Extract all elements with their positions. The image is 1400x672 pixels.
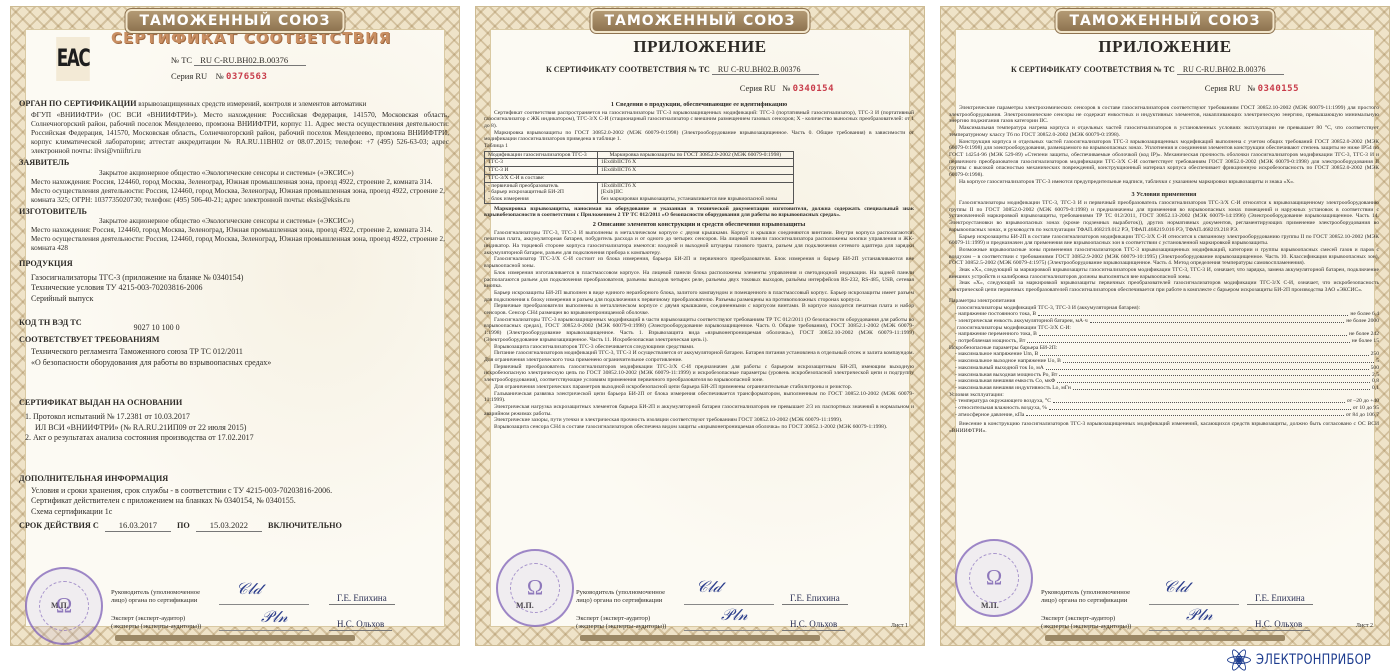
head-signature: 𝒞𝓁𝒹 xyxy=(236,579,261,599)
expert-label-line: (эксперты (эксперты-аудиторы)) xyxy=(576,623,666,631)
parameter-row: - относительная влажность воздуха, %от 1… xyxy=(955,405,1379,412)
paragraph: Максимальная температура нагрева корпуса… xyxy=(949,125,1379,138)
paragraph: Взрывозащита сенсора CH4 в составе газос… xyxy=(484,424,914,431)
parameter-row: - температура окружающего воздуха, °Сот … xyxy=(955,398,1379,405)
paragraph: На корпусе газосигнализаторов ТГС-3 имею… xyxy=(949,179,1379,186)
parameter-row: - максимальная внешняя индуктивность Lo,… xyxy=(955,385,1379,392)
parameter-label: - напряжение постоянного тока, В xyxy=(955,311,1036,318)
atom-icon xyxy=(1226,650,1252,670)
customs-union-banner: ТАМОЖЕННЫЙ СОЮЗ xyxy=(590,9,809,33)
section-title: 1 Сведения о продукции, обеспечивающие е… xyxy=(484,101,914,109)
intro-paragraphs: Электрические параметры электрохимически… xyxy=(949,105,1379,185)
applicant-name: Закрытое акционерное общество «Экологиче… xyxy=(19,169,449,178)
section2-paragraphs: Газосигнализаторы ТГС-3, ТГС-3 И выполне… xyxy=(484,230,914,431)
table-header-row: Модификации газосигнализаторов ТГС-3 Мар… xyxy=(485,151,794,159)
product-line: Технические условия ТУ 4215-003-70203816… xyxy=(31,283,449,293)
parameter-value: от 84 до 106,7 xyxy=(1346,412,1379,419)
conforms-heading: СООТВЕТСТВУЕТ ТРЕБОВАНИЯМ xyxy=(19,335,449,345)
form-footer-strip xyxy=(115,635,355,641)
power-params-battery: - напряжение постоянного тока, Вне более… xyxy=(949,311,1379,324)
signature-area: Ω М.П. Руководитель (уполномоченноелицо)… xyxy=(941,585,1389,641)
head-name: Г.Е. Епихина xyxy=(329,593,395,605)
expert-name: Н.С. Ольхов xyxy=(329,619,392,631)
applicant-heading: ЗАЯВИТЕЛЬ xyxy=(19,158,449,168)
additional-line: Схема сертификации 1с xyxy=(31,507,449,517)
stamp: Ω xyxy=(496,549,574,627)
eac-logo: EAC xyxy=(56,37,90,81)
leader-dots xyxy=(1090,318,1344,323)
stamp-emblem-icon: Ω xyxy=(56,593,72,620)
validity-to-label: ПО xyxy=(177,521,190,531)
stamp: Ω xyxy=(25,567,103,645)
expert-signature: 𝒫𝓁𝓃 xyxy=(721,605,748,625)
serial-number: 0340154 xyxy=(793,84,834,94)
paragraph: Питание газосигнализаторов модификаций Т… xyxy=(484,350,914,363)
expert-label-line: Эксперт (эксперт-аудитор) xyxy=(111,615,201,623)
paragraph: Барьер искрозащиты БИ-2П выполнен в виде… xyxy=(484,290,914,303)
head-label: Руководитель (уполномоченноелицо) органа… xyxy=(111,589,200,604)
parameter-label: - максимальное напряжение Um, В xyxy=(955,351,1038,358)
serial-number: 0376563 xyxy=(226,72,267,82)
expert-name: Н.С. Ольхов xyxy=(1247,619,1310,631)
customs-union-banner: ТАМОЖЕННЫЙ СОЮЗ xyxy=(1055,9,1274,33)
parameter-value: 0,8 xyxy=(1372,378,1379,385)
tc-label: № ТС xyxy=(171,55,192,65)
additional-lines: Условия и сроки хранения, срок службы - … xyxy=(19,486,449,517)
signature-area: Ω М.П. Руководитель (уполномоченноелицо)… xyxy=(476,585,924,641)
certificate-page: ТАМОЖЕННЫЙ СОЮЗ EAC СЕРТИФИКАТ СООТВЕТСТ… xyxy=(10,6,460,646)
parameter-row: - потребляемая мощность, Втне более 15 xyxy=(955,338,1379,345)
annex-page-2: ТАМОЖЕННЫЙ СОЮЗ ПРИЛОЖЕНИЕ К СЕРТИФИКАТУ… xyxy=(940,6,1390,646)
leader-dots xyxy=(1059,372,1370,377)
manufacturer-text: Место нахождения: Россия, 124460, город … xyxy=(19,226,449,253)
product-line: Серийный выпуск xyxy=(31,294,449,304)
validity-suffix: ВКЛЮЧИТЕЛЬНО xyxy=(268,521,342,531)
head-name: Г.Е. Епихина xyxy=(1247,593,1313,605)
head-name: Г.Е. Епихина xyxy=(782,593,848,605)
barrier-params: - максимальное напряжение Um, В250- макс… xyxy=(949,351,1379,391)
paragraph: Газосигнализаторы модификации ТГС-3, ТГС… xyxy=(949,200,1379,234)
parameter-row: - максимальная выходная мощность Po, Вт2… xyxy=(955,372,1379,379)
leader-dots xyxy=(1057,378,1370,383)
table-row: - первичный преобразователь - барьер иск… xyxy=(485,182,794,203)
product-line: Газосигнализаторы ТГС-3 (приложение на б… xyxy=(31,273,449,283)
basis-line: ИЛ ВСИ «ВНИИФТРИ» (№ RA.RU.21ИП09 от 22 … xyxy=(25,423,449,433)
head-label: Руководитель (уполномоченноелицо) органа… xyxy=(1041,589,1130,604)
form-footer-strip xyxy=(580,635,820,641)
section3-paragraphs: Газосигнализаторы модификации ТГС-3, ТГС… xyxy=(949,200,1379,294)
parameter-row: - максимальное выходное напряжение Uo, В… xyxy=(955,358,1379,365)
paragraph: Газосигнализаторы ТГС-3 взрывозащищенных… xyxy=(484,317,914,344)
power-subheading: газосигнализаторы модификаций ТГС-3, ТГС… xyxy=(949,305,1379,312)
table-cell: ТГС-3 xyxy=(485,159,598,167)
sheet-number: Лист 2 xyxy=(1356,623,1373,630)
paragraph: Для ограничения электрических параметров… xyxy=(484,384,914,391)
table-cell: ТГС-3 И xyxy=(485,167,598,175)
table-caption: Таблица 1 xyxy=(484,143,914,150)
conforms-line: «О безопасности оборудования для работы … xyxy=(31,358,449,368)
table-header: Модификации газосигнализаторов ТГС-3 xyxy=(485,151,598,159)
table-row: ТГС-31ExdibIICT6 X xyxy=(485,159,794,167)
tc-number: RU C-RU.BH02.B.00376 xyxy=(1177,65,1284,75)
table-row: ТГС-3/Х С-И в составе: xyxy=(485,174,794,182)
annex-subtitle-label: К СЕРТИФИКАТУ СООТВЕТСТВИЯ № ТС xyxy=(546,65,710,74)
leader-dots xyxy=(1049,405,1351,410)
parameter-label: - относительная влажность воздуха, % xyxy=(955,405,1047,412)
parameter-label: - электрическая емкость аккумуляторной б… xyxy=(955,318,1088,325)
certificate-body: ОРГАН ПО СЕРТИФИКАЦИИ взрывозащищенных с… xyxy=(19,99,449,532)
paragraph: Электрические параметры электрохимически… xyxy=(949,105,1379,125)
expert-label-line: (эксперты (эксперты-аудиторы)) xyxy=(111,623,201,631)
parameter-value: 250 xyxy=(1371,351,1379,358)
basis-heading: СЕРТИФИКАТ ВЫДАН НА ОСНОВАНИИ xyxy=(19,398,449,408)
validity-from: 16.03.2017 xyxy=(105,520,171,532)
number-label: № xyxy=(1247,83,1255,93)
customs-union-banner: ТАМОЖЕННЫЙ СОЮЗ xyxy=(125,9,344,33)
number-label: № xyxy=(782,83,790,93)
validity-from-label: СРОК ДЕЙСТВИЯ С xyxy=(19,521,99,531)
annex-body: 1 Сведения о продукции, обеспечивающие е… xyxy=(484,99,914,431)
expert-name: Н.С. Ольхов xyxy=(782,619,845,631)
head-label-line: лицо) органа по сертификации xyxy=(111,597,200,605)
paragraph: Газосигнализаторы ТГС-3, ТГС-3 И выполне… xyxy=(484,230,914,257)
additional-line: Условия и сроки хранения, срок службы - … xyxy=(31,486,449,496)
parameter-row: - электрическая емкость аккумуляторной б… xyxy=(955,318,1379,325)
leader-dots xyxy=(1053,398,1345,403)
paragraph: Газосигнализатор ТГС-3/Х С-И состоит из … xyxy=(484,256,914,269)
leader-dots xyxy=(1027,338,1349,343)
applicant-text: Место нахождения: Россия, 124460, город … xyxy=(19,178,449,205)
paragraph: Маркировка взрывозащиты по ГОСТ 30852.0-… xyxy=(484,130,914,143)
parameter-label: - максимальная выходная мощность Po, Вт xyxy=(955,372,1057,379)
serial-number: 0340155 xyxy=(1258,84,1299,94)
annex-page-1: ТАМОЖЕННЫЙ СОЮЗ ПРИЛОЖЕНИЕ К СЕРТИФИКАТУ… xyxy=(475,6,925,646)
tc-number: RU C-RU.BH02.B.00376 xyxy=(194,55,306,66)
parameter-value: не более 2000 xyxy=(1346,318,1379,325)
table-row: ТГС-3 И1ExdibIICT6 X xyxy=(485,167,794,175)
tc-number: RU C-RU.BH02.B.00376 xyxy=(712,65,819,75)
parameter-value: 0,1 xyxy=(1372,385,1379,392)
parameter-label: - максимальная внешняя емкость Co, мкФ xyxy=(955,378,1055,385)
basis-line: 2. Акт о результатах анализа состояния п… xyxy=(25,433,449,443)
basis-line: 1. Протокол испытаний № 17.2381 от 10.03… xyxy=(25,412,449,422)
stamp: Ω xyxy=(955,539,1033,617)
stamp-emblem-icon: Ω xyxy=(986,565,1002,592)
conforms-lines: Технического регламента Таможенного союз… xyxy=(19,347,449,368)
parameter-value: 2,5 xyxy=(1372,372,1379,379)
authority-text: ФГУП «ВНИИФТРИ» (ОС ВСИ «ВНИИФТРИ»). Мес… xyxy=(19,111,449,156)
product-lines: Газосигнализаторы ТГС-3 (приложение на б… xyxy=(19,273,449,304)
parameter-label: - максимальное выходное напряжение Uo, В xyxy=(955,358,1061,365)
parameter-value: от 10 до 95 xyxy=(1353,405,1379,412)
additional-line: Сертификат действителен с приложением на… xyxy=(31,496,449,506)
head-signature-line xyxy=(219,591,309,605)
section-title: 2 Описание элементов конструкции и средс… xyxy=(484,221,914,229)
series-label: Серия RU xyxy=(1205,83,1241,93)
expert-label-line: (эксперты (эксперты-аудиторы)) xyxy=(1041,623,1131,631)
basis-lines: 1. Протокол испытаний № 17.2381 от 10.03… xyxy=(19,412,449,443)
parameter-value: не более 15 xyxy=(1352,338,1379,345)
head-signature: 𝒞𝓁𝒹 xyxy=(696,577,721,597)
series-line: Серия RU № 0340154 xyxy=(740,83,834,95)
parameter-row: - напряжение постоянного тока, Вне более… xyxy=(955,311,1379,318)
parameter-label: - потребляемая мощность, Вт xyxy=(955,338,1025,345)
head-label-line: лицо) органа по сертификации xyxy=(1041,597,1130,605)
power-heading: Параметры электропитания xyxy=(949,298,1379,305)
parameter-row: - максимальный выходной ток Io, мА500 xyxy=(955,365,1379,372)
manufacturer-heading: ИЗГОТОВИТЕЛЬ xyxy=(19,207,449,217)
head-label-line: Руководитель (уполномоченное xyxy=(576,589,665,597)
table-cell: 1ExdibIICT6 X xyxy=(597,159,793,167)
annex-body: Электрические параметры электрохимически… xyxy=(949,105,1379,435)
paragraph: Первичные преобразователи выполнены в ме… xyxy=(484,303,914,316)
brand-name: ЭЛЕКТРОНПРИБОР xyxy=(1256,652,1371,668)
leader-dots xyxy=(1046,365,1369,370)
table-cell: ТГС-3/Х С-И в составе: xyxy=(485,174,794,182)
table-cell: 1ExdibIICT6 X xyxy=(597,167,793,175)
annex-subtitle: К СЕРТИФИКАТУ СООТВЕТСТВИЯ № ТС RU C-RU.… xyxy=(1011,65,1284,75)
parameter-row: - атмосферное давление, кПаот 84 до 106,… xyxy=(955,412,1379,419)
paragraph: Электрическая нагрузка искрозащитных эле… xyxy=(484,404,914,417)
paragraph: Возможные взрывоопасные зоны применения … xyxy=(949,247,1379,267)
parameter-value: не более 6,4 xyxy=(1350,311,1379,318)
product-heading: ПРОДУКЦИЯ xyxy=(19,259,449,269)
leader-dots xyxy=(1026,412,1343,417)
additional-heading: ДОПОЛНИТЕЛЬНАЯ ИНФОРМАЦИЯ xyxy=(19,474,449,484)
paragraph: Барьер искрозащиты БИ-2П в составе газос… xyxy=(949,234,1379,247)
operating-params: - температура окружающего воздуха, °Сот … xyxy=(949,398,1379,418)
head-label-line: лицо) органа по сертификации xyxy=(576,597,665,605)
hs-code: 9027 10 100 0 xyxy=(134,323,180,333)
validity-row: СРОК ДЕЙСТВИЯ С 16.03.2017 ПО 15.03.2022… xyxy=(19,520,449,532)
head-label-line: Руководитель (уполномоченное xyxy=(1041,589,1130,597)
table-header: Маркировка взрывозащиты по ГОСТ 30852.0-… xyxy=(597,151,793,159)
paragraph: Сертификат соответствия распространяется… xyxy=(484,110,914,130)
parameter-value: от –20 до +40 xyxy=(1347,398,1379,405)
manufacturer-name: Закрытое акционерное общество «Экологиче… xyxy=(19,217,449,226)
hs-code-row: КОД ТН ВЭД ТС 9027 10 100 0 xyxy=(19,318,449,333)
tc-number-line: № ТС RU C-RU.BH02.B.00376 xyxy=(171,55,306,65)
barrier-heading: Искробезопасные параметры барьера БИ-2П: xyxy=(949,345,1379,352)
expert-label-line: Эксперт (эксперт-аудитор) xyxy=(576,615,666,623)
power-params-mains: - напряжение переменного тока, Вне более… xyxy=(949,331,1379,344)
leader-dots xyxy=(1063,358,1374,363)
number-label: № xyxy=(216,71,224,81)
stamp-emblem-icon: Ω xyxy=(527,575,543,602)
leader-dots xyxy=(1039,331,1347,336)
series-line: Серия RU № 0340155 xyxy=(1205,83,1299,95)
annex-title: ПРИЛОЖЕНИЕ xyxy=(476,37,924,58)
paragraph: Знак «Х», следующий за маркировкой взрыв… xyxy=(949,267,1379,280)
conforms-line: Технического регламента Таможенного союз… xyxy=(31,347,449,357)
validity-to: 15.03.2022 xyxy=(196,520,262,532)
head-signature: 𝒞𝓁𝒹 xyxy=(1163,577,1188,597)
parameter-label: - температура окружающего воздуха, °С xyxy=(955,398,1051,405)
parameter-row: - максимальное напряжение Um, В250 xyxy=(955,351,1379,358)
leader-dots xyxy=(1040,351,1368,356)
paragraph: Первичный преобразователь газосигнализат… xyxy=(484,364,914,384)
annex-subtitle: К СЕРТИФИКАТУ СООТВЕТСТВИЯ № ТС RU C-RU.… xyxy=(546,65,819,75)
section-title: 3 Условия применения xyxy=(949,191,1379,199)
parameter-value: 500 xyxy=(1371,365,1379,372)
annex-title: ПРИЛОЖЕНИЕ xyxy=(941,37,1389,58)
power-subheading: газосигнализаторы модификации ТГС-3/Х С-… xyxy=(949,325,1379,332)
expert-label: Эксперт (эксперт-аудитор)(эксперты (эксп… xyxy=(576,615,666,630)
series-label: Серия RU xyxy=(171,71,207,81)
paragraph: Блок измерения изготавливается в пластма… xyxy=(484,270,914,290)
parameter-label: - атмосферное давление, кПа xyxy=(955,412,1024,419)
expert-label-line: Эксперт (эксперт-аудитор) xyxy=(1041,615,1131,623)
annex-subtitle-label: К СЕРТИФИКАТУ СООТВЕТСТВИЯ № ТС xyxy=(1011,65,1175,74)
marking-table: Модификации газосигнализаторов ТГС-3 Мар… xyxy=(484,151,794,204)
form-footer-strip xyxy=(1045,635,1285,641)
authority-heading: ОРГАН ПО СЕРТИФИКАЦИИ xyxy=(19,99,136,108)
table-cell: - первичный преобразователь - барьер иск… xyxy=(485,182,598,203)
leader-dots xyxy=(1073,385,1370,390)
signature-area: Ω М.П. Руководитель (уполномоченноелицо)… xyxy=(11,585,459,641)
head-label: Руководитель (уполномоченноелицо) органа… xyxy=(576,589,665,604)
paragraph: Конструкция корпуса и отдельных частей г… xyxy=(949,139,1379,179)
paragraph: Знак «Х», следующий за маркировкой взрыв… xyxy=(949,280,1379,293)
parameter-label: - максимальная внешняя индуктивность Lo,… xyxy=(955,385,1071,392)
paragraph: Гальваническая развязка электрической це… xyxy=(484,391,914,404)
table-cell: 1ExdibIICT6 X [Exib]IIC без маркировки в… xyxy=(597,182,793,203)
leader-dots xyxy=(1038,311,1348,316)
hs-code-heading: КОД ТН ВЭД ТС xyxy=(19,318,82,328)
parameter-value: 5 xyxy=(1376,358,1379,365)
series-label: Серия RU xyxy=(740,83,776,93)
marking-note: Маркировка взрывозащиты, наносимая на об… xyxy=(484,206,914,219)
closing-note: Внесение в конструкцию газосигнализаторо… xyxy=(949,421,1379,434)
expert-signature: 𝒫𝓁𝓃 xyxy=(1186,605,1213,625)
expert-label: Эксперт (эксперт-аудитор)(эксперты (эксп… xyxy=(111,615,201,630)
sheet-number: Лист 1 xyxy=(891,623,908,630)
series-line: Серия RU № 0376563 xyxy=(171,71,267,83)
expert-signature: 𝒫𝓁𝓃 xyxy=(261,607,288,627)
head-label-line: Руководитель (уполномоченное xyxy=(111,589,200,597)
authority-line: взрывозащищенных средств измерений, конт… xyxy=(138,100,366,108)
parameter-label: - максимальный выходной ток Io, мА xyxy=(955,365,1044,372)
parameter-row: - максимальная внешняя емкость Co, мкФ0,… xyxy=(955,378,1379,385)
expert-label: Эксперт (эксперт-аудитор)(эксперты (эксп… xyxy=(1041,615,1131,630)
brand-logo[interactable]: ЭЛЕКТРОНПРИБОР xyxy=(1226,650,1396,670)
